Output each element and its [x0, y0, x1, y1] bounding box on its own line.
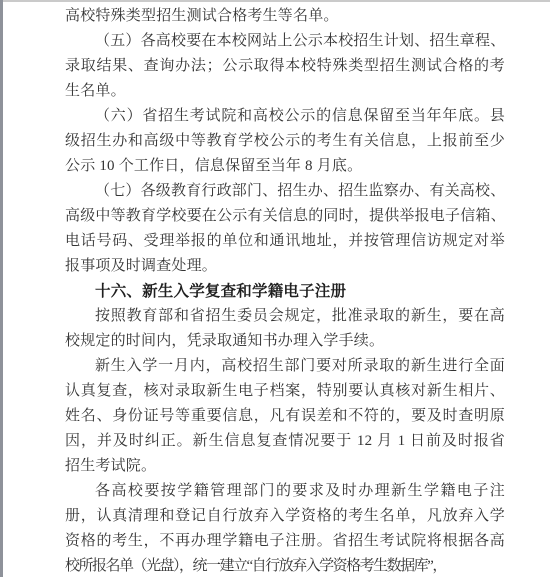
- document-line: 认真复查，核对录取新生电子档案，特别要认真核对新生相片、: [65, 379, 505, 404]
- document-line: 资格的考生，不再办理学籍电子注册。省招生考试院将根据各高: [65, 529, 505, 554]
- left-border: [0, 0, 3, 577]
- document-line: 生名单。: [65, 79, 505, 104]
- document-line: （七）各级教育行政部门、招生办、招生监察办、有关高校、: [65, 179, 505, 204]
- document-line: 电话号码、受理举报的单位和通讯地址，并按管理信访规定对举: [65, 229, 505, 254]
- document-line: （五）各高校要在本校网站上公示本校招生计划、招生章程、: [65, 29, 505, 54]
- document-line: （六）省招生考试院和高校公示的信息保留至当年年底。县: [65, 104, 505, 129]
- document-line: 按照教育部和省招生委员会规定，批准录取的新生，要在高: [65, 304, 505, 329]
- document-line: 公示 10 个工作日，信息保留至当年 8 月底。: [65, 154, 505, 179]
- document-line: 高级中等教育学校要在公示有关信息的同时，提供举报电子信箱、: [65, 204, 505, 229]
- document-line: 录取结果、查询办法；公示取得本校特殊类型招生测试合格的考: [65, 54, 505, 79]
- document-line: 新生入学一月内，高校招生部门要对所录取的新生进行全面: [65, 354, 505, 379]
- document-line: 姓名、身份证号等重要信息，凡有误差和不符的，要及时查明原: [65, 404, 505, 429]
- top-border: [3, 0, 550, 2]
- document-line: 校规定的时间内，凭录取通知书办理入学手续。: [65, 329, 505, 354]
- document-line: 各高校要按学籍管理部门的要求及时办理新生学籍电子注: [65, 479, 505, 504]
- document-line: 级招生办和高级中等教育学校公示的考生有关信息，上报前至少: [65, 129, 505, 154]
- document-line: 报事项及时调查处理。: [65, 254, 505, 279]
- document-line: 招生考试院。: [65, 454, 505, 479]
- document-page: 高校特殊类型招生测试合格考生等名单。 （五）各高校要在本校网站上公示本校招生计划…: [65, 4, 505, 577]
- section-heading: 十六、新生入学复查和学籍电子注册: [65, 279, 505, 304]
- document-line: 因，并及时纠正。新生信息复查情况要于 12 月 1 日前及时报省: [65, 429, 505, 454]
- document-line: 册，认真清理和登记自行放弃入学资格的考生名单，凡放弃入学: [65, 504, 505, 529]
- document-line: 高校特殊类型招生测试合格考生等名单。: [65, 4, 505, 29]
- document-line: 校所报名单（光盘），统一建立“自行放弃入学资格考生数据库”，: [65, 554, 505, 577]
